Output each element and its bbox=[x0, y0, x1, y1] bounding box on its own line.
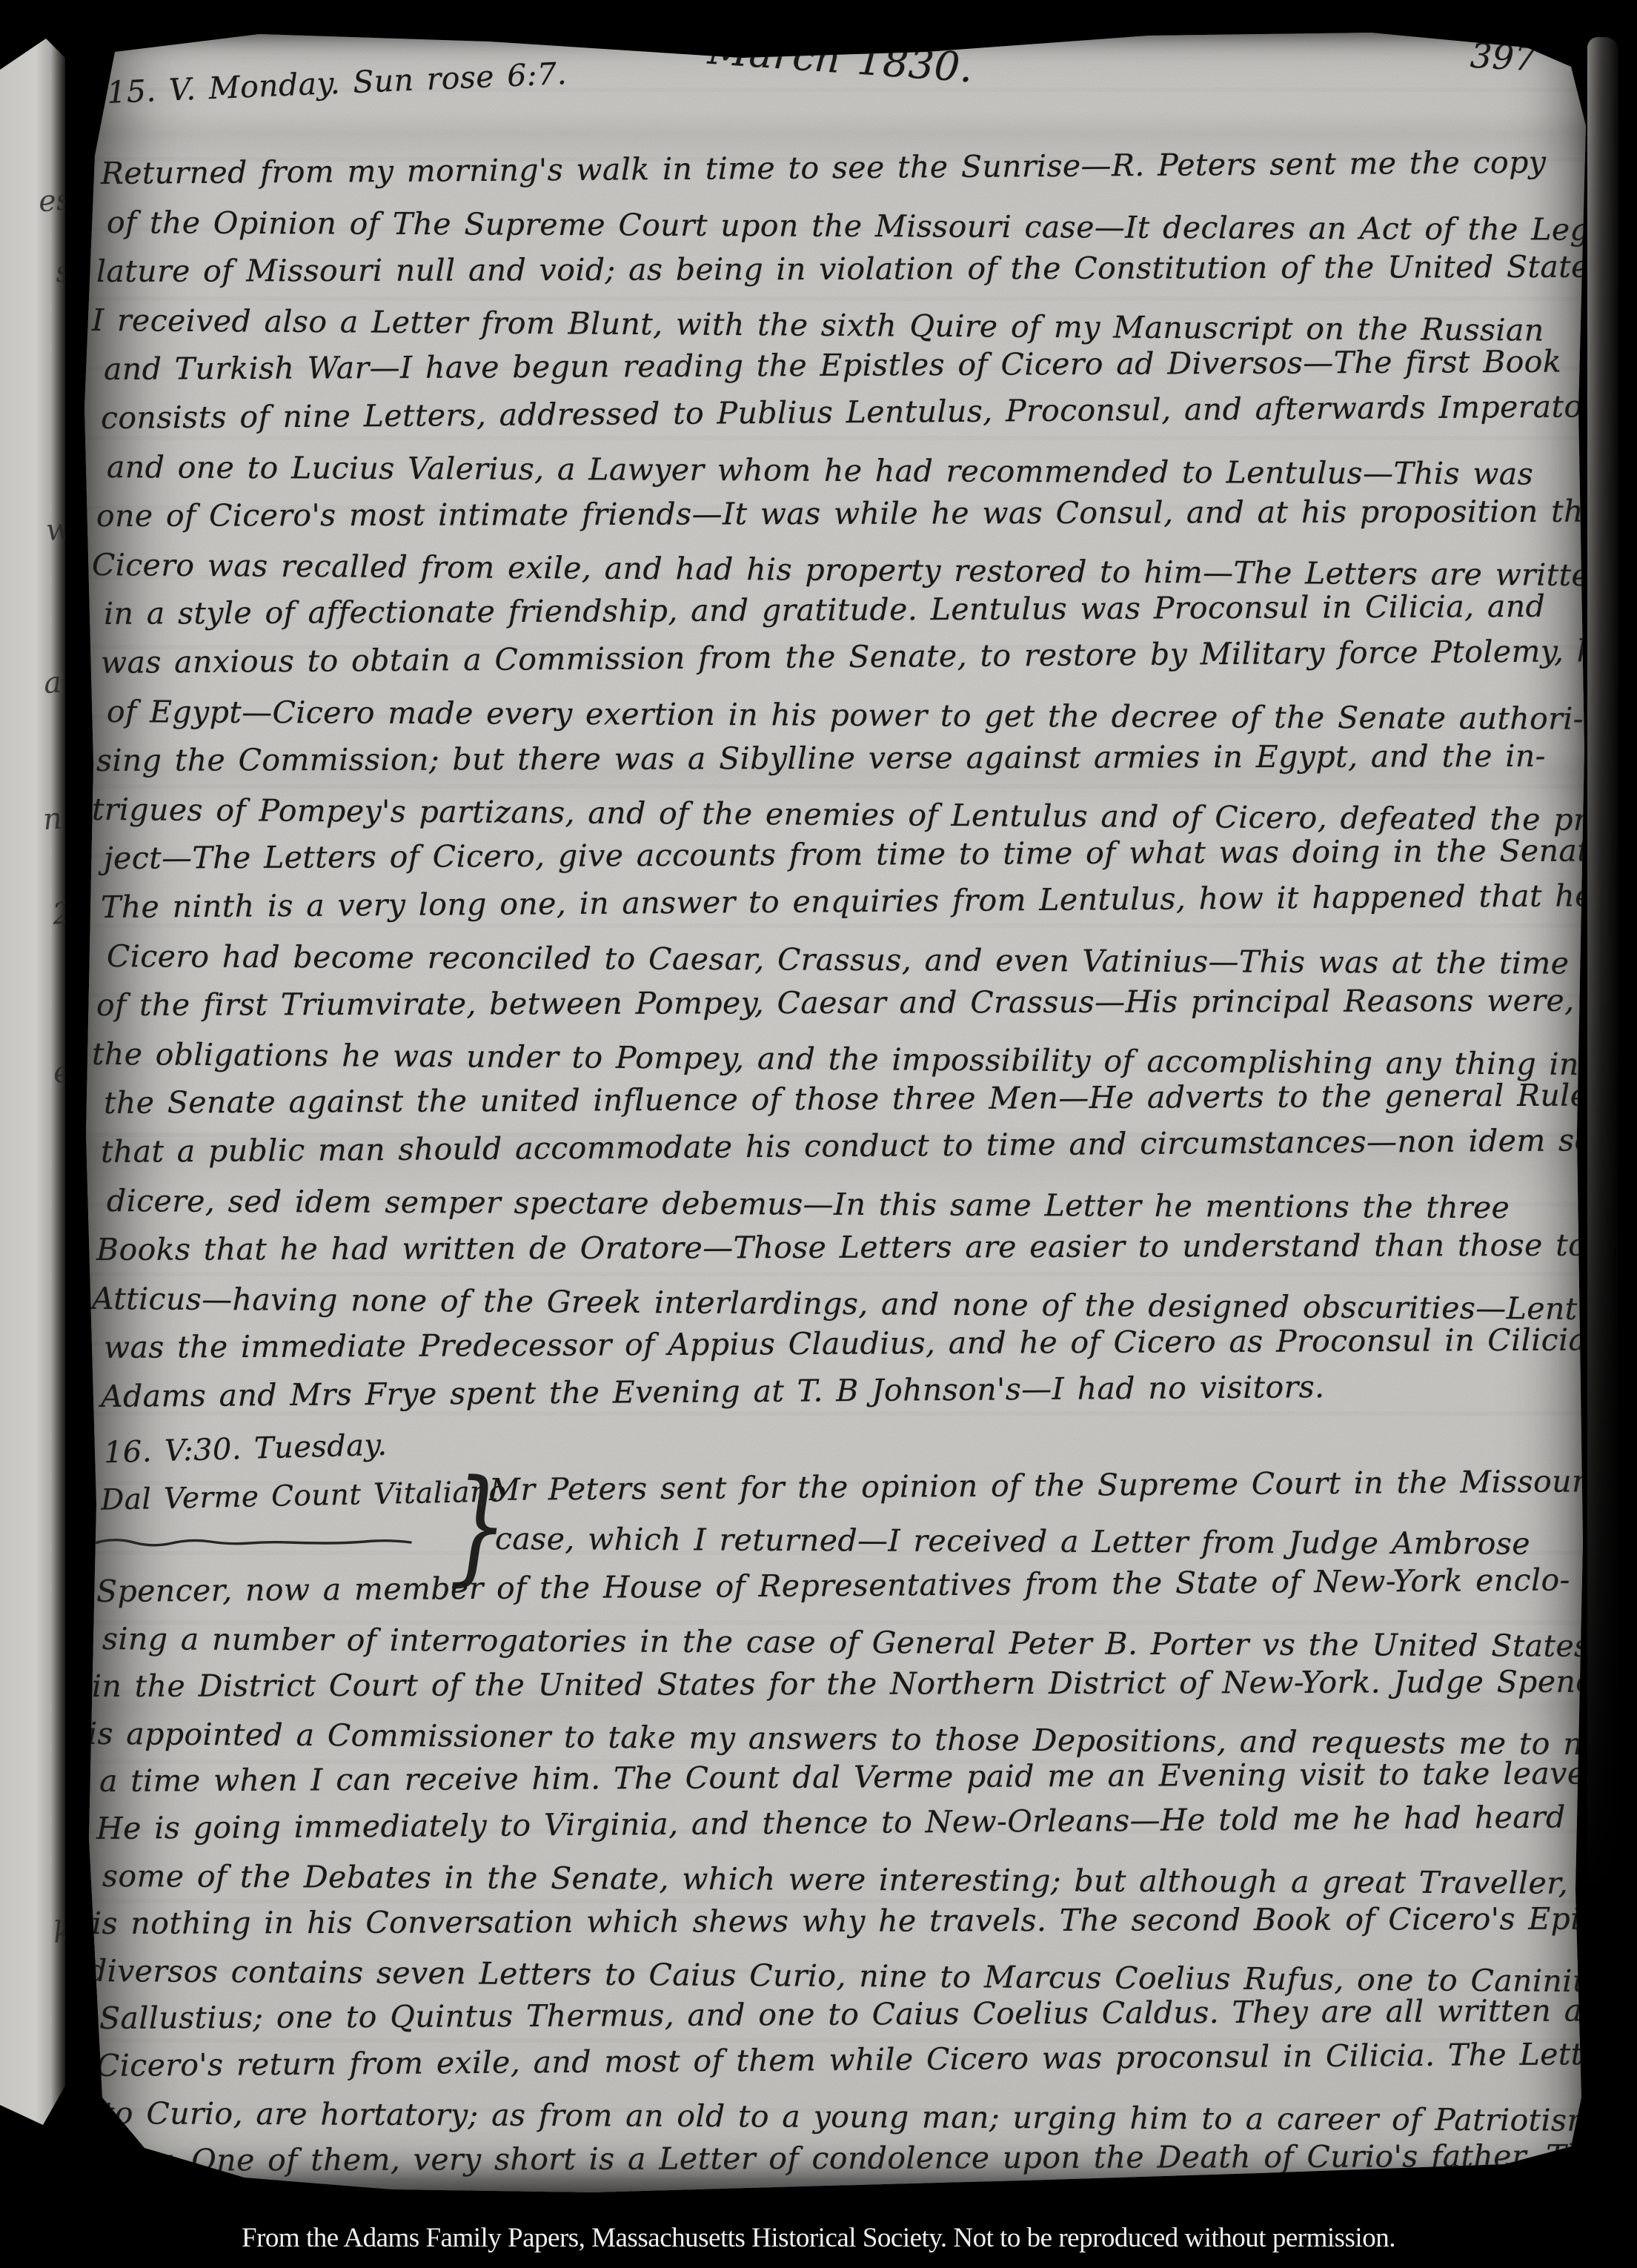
book-page-block-edge bbox=[1587, 37, 1618, 1994]
margin-note-underline bbox=[93, 1536, 412, 1548]
manuscript-line: lature of Missouri null and void; as bei… bbox=[96, 243, 1575, 296]
footer-credit-bar: From the Adams Family Papers, Massachuse… bbox=[0, 2222, 1637, 2254]
manuscript-line: is nothing in his Conversation which she… bbox=[92, 1896, 1574, 1948]
manuscript-line: of the first Triumvirate, between Pompey… bbox=[96, 977, 1575, 1030]
scanned-diary-photograph: { "colors":{"background":"#000000","pape… bbox=[0, 0, 1637, 2268]
manuscript-line: one of Cicero's most intimate friends—It… bbox=[96, 488, 1575, 541]
cutoff-text-fragment: s bbox=[55, 254, 65, 289]
diary-entry-march-16-indented: Mr Peters sent for the opinion of the Su… bbox=[489, 1466, 1597, 1564]
diary-page: 15. V. Monday. Sun rose 6:7. March 1830.… bbox=[74, 22, 1590, 2194]
cutoff-text-fragment: es bbox=[37, 183, 65, 219]
entry-date-line: 16. V:30. Tuesday. bbox=[103, 1428, 387, 1470]
diary-entry-march-15: Returned from my morning's walk in time … bbox=[101, 150, 1579, 1422]
manuscript-line: Mr Peters sent for the opinion of the Su… bbox=[489, 1457, 1597, 1515]
manuscript-line: Returned from my morning's walk in time … bbox=[101, 138, 1579, 199]
cutoff-text-fragment: k bbox=[52, 1914, 65, 1950]
cutoff-text-fragment: a. bbox=[43, 665, 65, 700]
cutoff-text-fragment: e bbox=[53, 1055, 65, 1090]
diary-entry-march-16: Spencer, now a member of the House of Re… bbox=[96, 1568, 1578, 2185]
cutoff-text-fragment: w bbox=[44, 512, 65, 548]
month-year-heading: March 1830. bbox=[706, 27, 974, 92]
manuscript-line: in the District Court of the United Stat… bbox=[92, 1659, 1574, 1711]
credit-text: From the Adams Family Papers, Massachuse… bbox=[242, 2223, 1395, 2253]
manuscript-line: Spencer, now a member of the House of Re… bbox=[96, 1556, 1578, 1616]
cutoff-text-fragment: 2 bbox=[51, 896, 65, 932]
entry-date-line: 15. V. Monday. Sun rose 6:7. bbox=[106, 56, 568, 110]
margin-note: Dal Verme Count Vitaliano bbox=[101, 1475, 507, 1516]
manuscript-line: Books that he had written de Oratore—Tho… bbox=[96, 1221, 1575, 1275]
manuscript-line: glory. One of them, very short is a Lett… bbox=[92, 2133, 1574, 2185]
cutoff-text-fragment: n. bbox=[41, 801, 65, 838]
facing-page-sliver: es s w a. n. 2 e k bbox=[0, 39, 65, 2125]
page-number: 397 bbox=[1470, 36, 1538, 79]
manuscript-line: sing the Commission; but there was a Sib… bbox=[96, 732, 1575, 786]
